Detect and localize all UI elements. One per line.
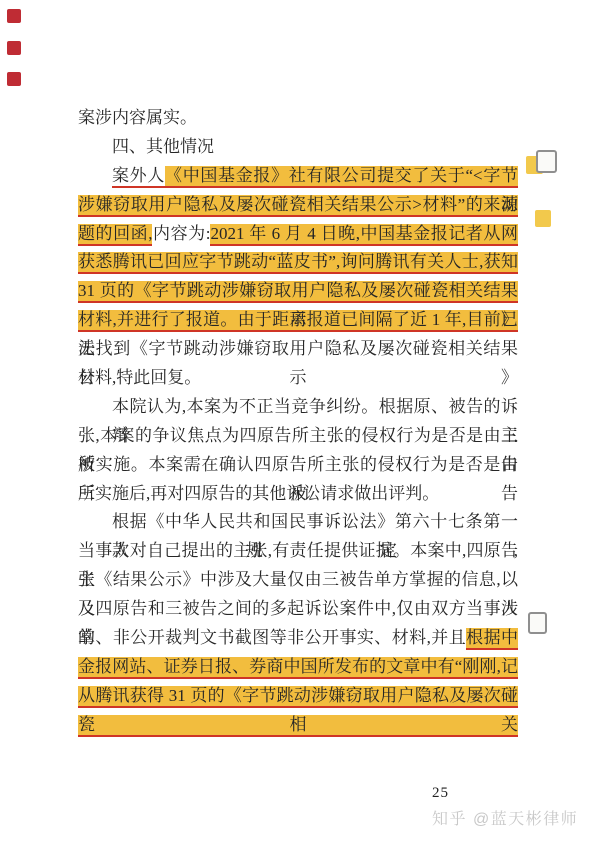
note-white-marker [528,612,547,634]
page-number: 25 [432,785,449,802]
text-line: 31 页的《字节跳动涉嫌窃取用户隐私及屡次碰瓷相关结果公示》 [78,277,518,306]
text-line: 及四原告和三被告之间的多起诉讼案件中,仅由双方当事人掌握 [78,595,518,624]
text-line: 张《结果公示》中涉及大量仅由三被告单方掌握的信息,以及涉 [78,566,518,595]
text-line: 当事人对自己提出的主张,有责任提供证据。本案中,四原告主 [78,537,518,566]
highlighted-text: 材料,并进行了报道 [78,310,220,332]
text-segment: 内容为: [152,224,210,244]
watermark: 知乎 @蓝天彬律师 [432,806,578,829]
text-line: 案涉内容属实。 [78,104,518,133]
text-line: 材料,并进行了报道。由于距离报道已间隔了近 1 年,目前已无 [78,306,518,335]
underlined-text: 案外人 [112,166,165,188]
text-line: 案外人《中国基金报》社有限公司提交了关于“<字节跳动 [78,162,518,191]
text-line: 四、其他情况 [78,133,518,162]
text-line: 题的回函,内容为:2021 年 6 月 4 日晚,中国基金报记者从网上 [78,220,518,249]
text-line: 张,本案的争议焦点为四原告所主张的侵权行为是否是由三被告 [78,422,518,451]
text-line: 获悉腾讯已回应字节跳动“蓝皮书”,询问腾讯有关人士,获知 [78,248,518,277]
red-square-marker [7,9,21,23]
text-line: 所实施。本案需在确认四原告所主张的侵权行为是否是由三被告 [78,451,518,480]
highlighted-text: 涉嫌窃取用户隐私及屡次碰瓷相关结果公示>材料” [78,195,465,217]
text-segment: 所实施后,再对四原告的其他诉讼请求做出评判。 [78,484,439,504]
text-line: 的、非公开裁判文书截图等非公开事实、材料,并且根据中国基 [78,624,518,653]
text-line: 金报网站、证券日报、券商中国所发布的文章中有“刚刚,记者 [78,653,518,682]
red-square-marker [7,41,21,55]
text-line: 法找到《字节跳动涉嫌窃取用户隐私及屡次碰瓷相关结果公示》 [78,335,518,364]
text-segment: 材料,特此回复。 [78,368,201,388]
note-yellow-marker [535,210,551,227]
text-segment: 案涉内容属实。 [78,108,197,128]
text-segment: 的、非公开裁判文书截图等非公开事实、材料,并且 [78,628,466,648]
note-white-marker [536,150,557,173]
text-line: 从腾讯获得 31 页的《字节跳动涉嫌窃取用户隐私及屡次碰瓷相关 [78,682,518,711]
text-line: 涉嫌窃取用户隐私及屡次碰瓷相关结果公示>材料”的来源方问 [78,191,518,220]
page: 案涉内容属实。四、其他情况案外人《中国基金报》社有限公司提交了关于“<字节跳动涉… [0,0,595,842]
red-square-marker [7,72,21,86]
highlighted-text: 题的回函, [78,224,152,246]
text-block: 案涉内容属实。四、其他情况案外人《中国基金报》社有限公司提交了关于“<字节跳动涉… [78,104,518,711]
text-line: 根据《中华人民共和国民事诉讼法》第六十七条第一款规定, [78,508,518,537]
highlighted-text: 从腾讯获得 31 页的《字节跳动涉嫌窃取用户隐私及屡次碰瓷相关 [78,686,518,737]
text-segment: 四、其他情况 [112,137,214,157]
text-line: 本院认为,本案为不正当竞争纠纷。根据原、被告的诉辩主 [78,393,518,422]
highlighted-text: 获悉腾讯已回应字节跳动“蓝皮书”,询问腾讯有关人士,获知 [78,252,518,274]
